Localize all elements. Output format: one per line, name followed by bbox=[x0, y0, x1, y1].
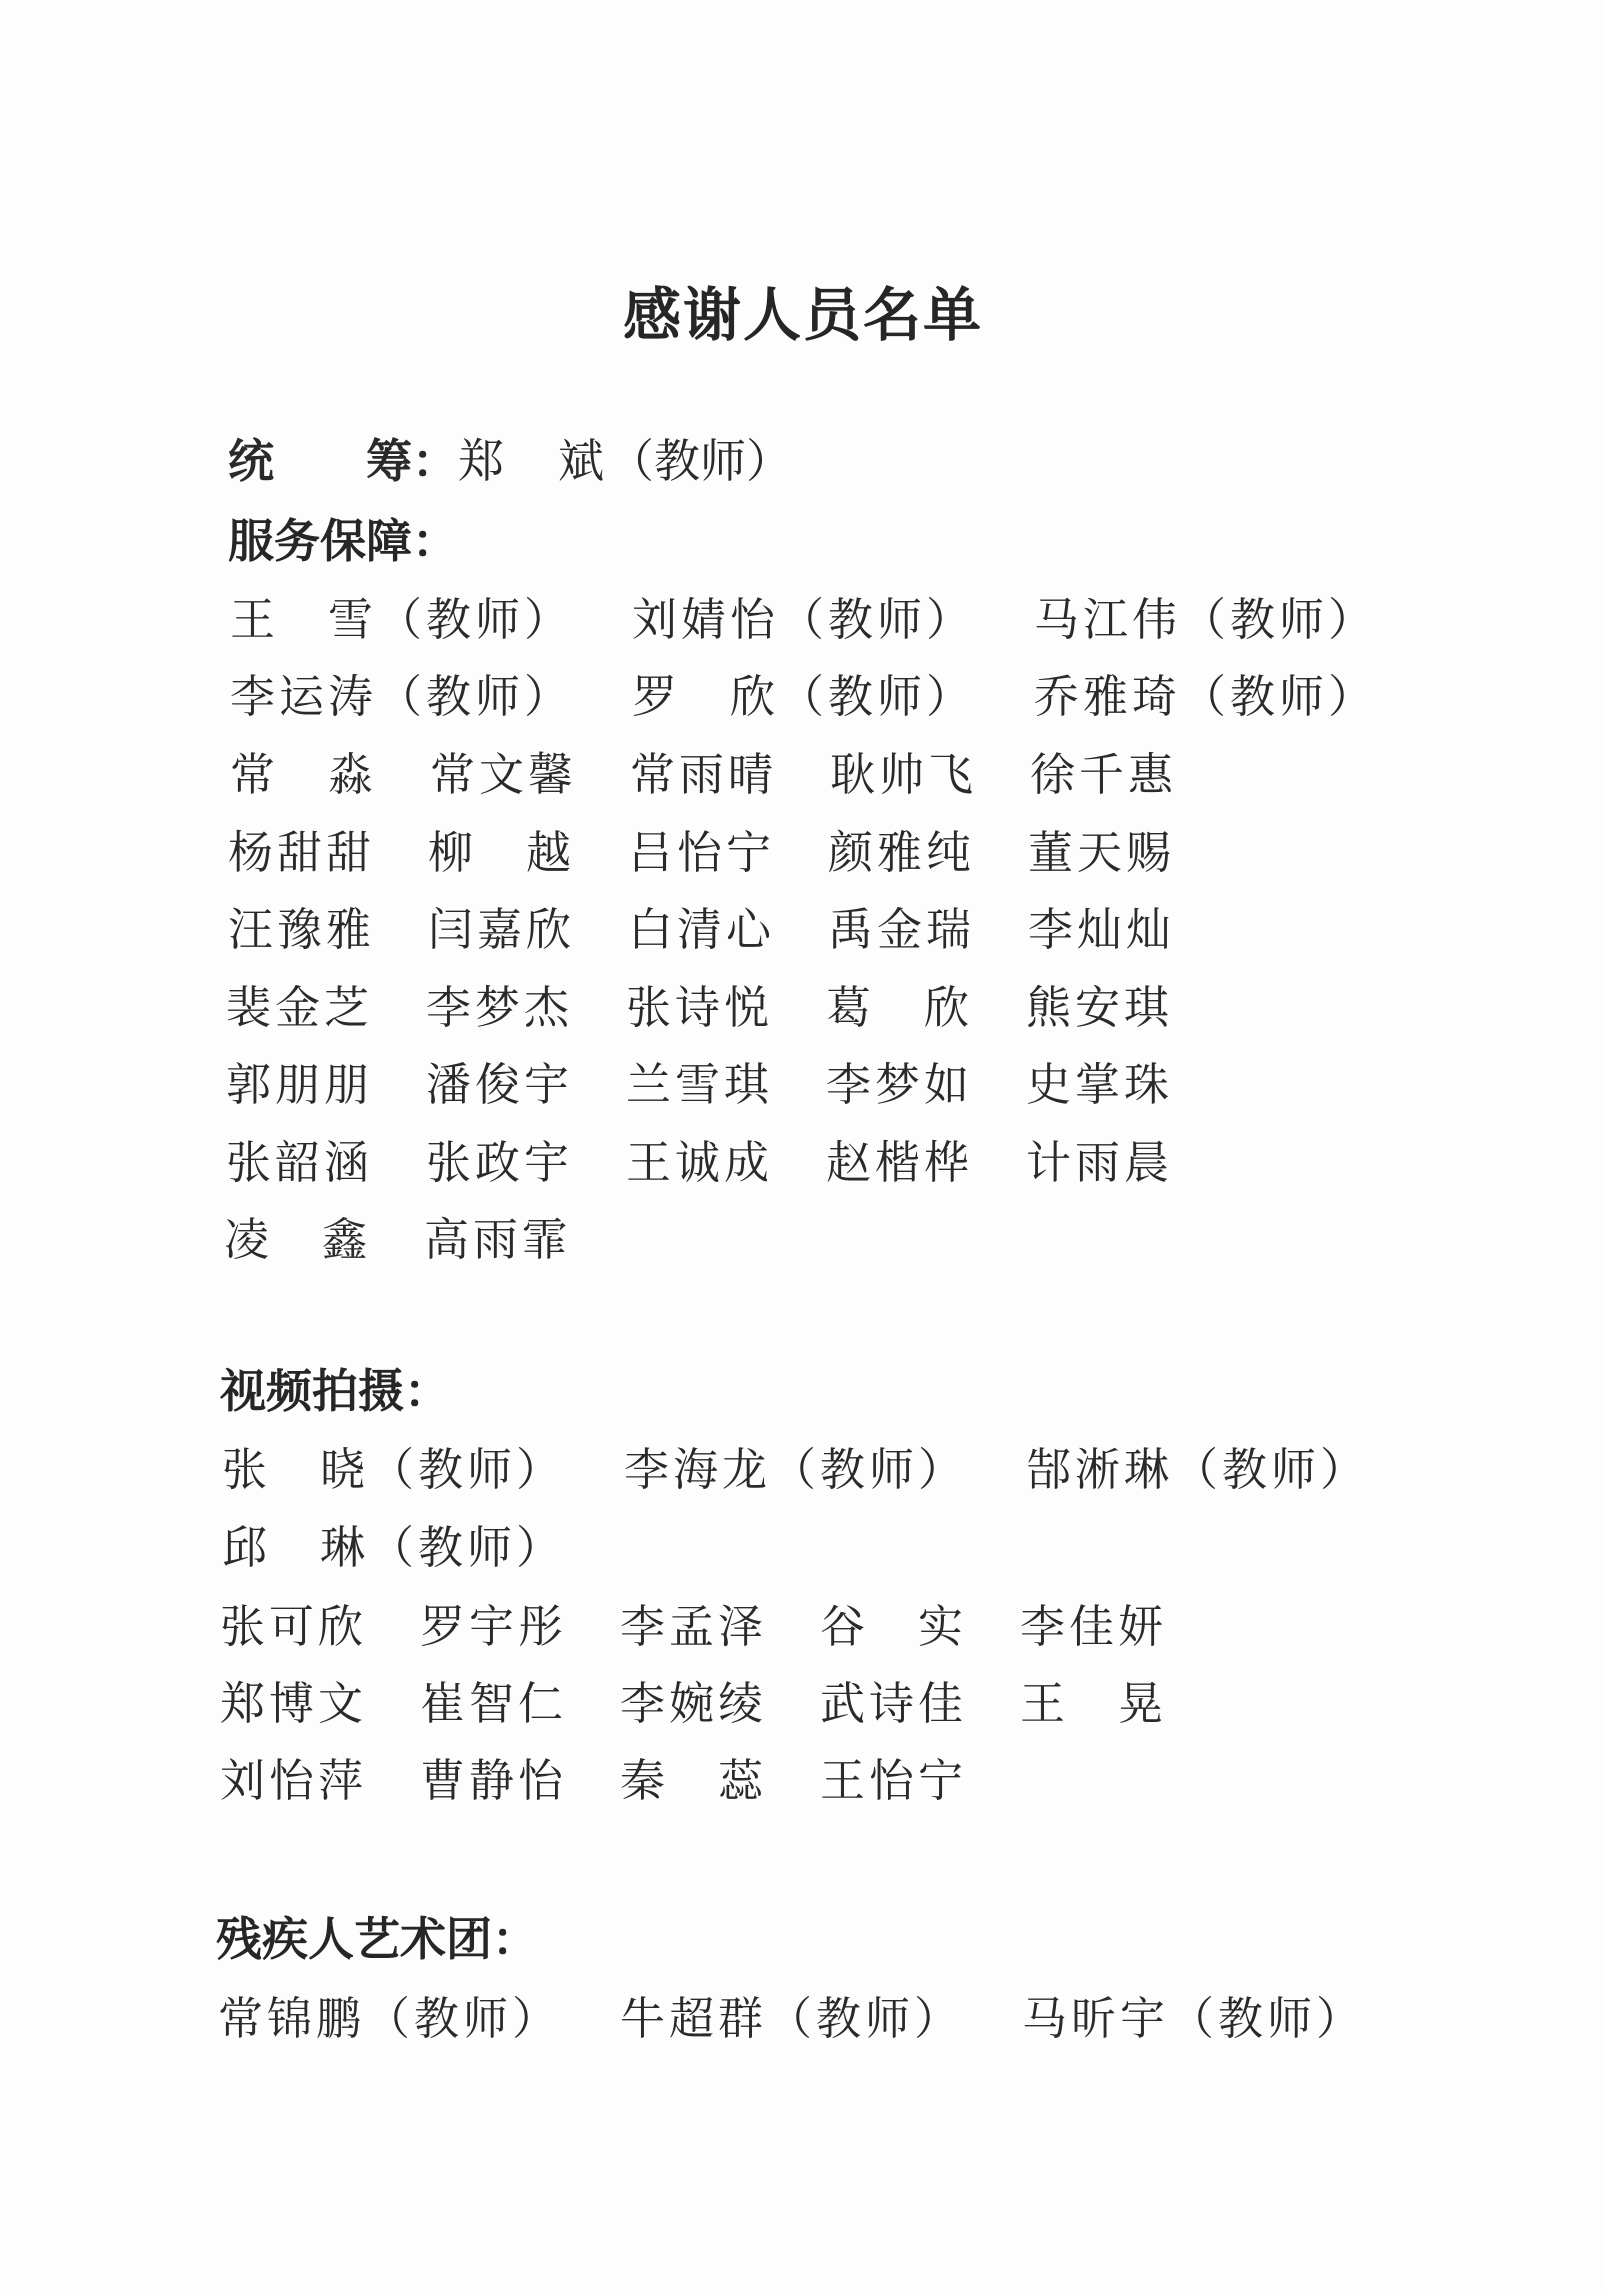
person-name: 李灿灿 bbox=[1028, 893, 1228, 958]
person-name: 李婉绫 bbox=[620, 1667, 820, 1732]
student-row: 郑博文 崔智仁 李婉绫 武诗佳 王 晃 bbox=[220, 1667, 1220, 1732]
person-name: 曹静怡 bbox=[420, 1744, 620, 1809]
person-name: 牛超群（教师） bbox=[620, 1982, 1022, 2047]
coordinator-line: 统 筹： 郑 斌 （教师） bbox=[228, 425, 792, 491]
person-name: 白清心 bbox=[628, 893, 828, 958]
person-name: 张诗悦 bbox=[626, 971, 826, 1036]
person-name: 张韶涵 bbox=[226, 1126, 426, 1191]
person-name: 葛 欣 bbox=[826, 971, 1026, 1036]
person-name: 凌 鑫 bbox=[224, 1203, 424, 1268]
person-name: 郑博文 bbox=[220, 1667, 420, 1732]
student-row: 凌 鑫 高雨霏 bbox=[224, 1203, 624, 1268]
person-name: 邱 琳（教师） bbox=[222, 1511, 624, 1576]
person-name: 乔雅琦（教师） bbox=[1034, 660, 1436, 725]
person-name: 李梦如 bbox=[826, 1048, 1026, 1113]
person-name: 颜雅纯 bbox=[828, 816, 1028, 881]
person-name: 计雨晨 bbox=[1026, 1126, 1226, 1191]
person-name: 马昕宇（教师） bbox=[1022, 1982, 1424, 2047]
person-name: 罗宇彤 bbox=[420, 1590, 620, 1655]
coordinator-name: 郑 斌 bbox=[458, 425, 608, 491]
person-name: 常锦鹏（教师） bbox=[218, 1982, 620, 2047]
person-name: 崔智仁 bbox=[420, 1667, 620, 1732]
teacher-row: 常锦鹏（教师） 牛超群（教师） 马昕宇（教师） bbox=[218, 1982, 1424, 2047]
person-name: 裴金芝 bbox=[226, 971, 426, 1036]
teacher-row: 王 雪（教师） 刘婧怡（教师） 马江伟（教师） bbox=[230, 583, 1436, 648]
person-name: 史掌珠 bbox=[1026, 1048, 1226, 1113]
person-name: 刘怡萍 bbox=[220, 1744, 420, 1809]
person-name: 常雨晴 bbox=[630, 738, 830, 803]
person-name: 兰雪琪 bbox=[626, 1048, 826, 1113]
person-name: 董天赐 bbox=[1028, 816, 1228, 881]
person-name: 王诚成 bbox=[626, 1126, 826, 1191]
person-name: 王怡宁 bbox=[820, 1744, 1020, 1809]
coordinator-label-2: 筹： bbox=[366, 425, 458, 491]
section-heading-art-troupe: 残疾人艺术团： bbox=[216, 1903, 538, 1969]
person-name: 高雨霏 bbox=[424, 1203, 624, 1268]
section-heading-video: 视频拍摄： bbox=[220, 1355, 450, 1421]
person-name: 潘俊宇 bbox=[426, 1048, 626, 1113]
person-name: 李海龙（教师） bbox=[624, 1433, 1026, 1498]
person-name: 常文馨 bbox=[430, 738, 630, 803]
person-name: 禹金瑞 bbox=[828, 893, 1028, 958]
person-name: 张可欣 bbox=[220, 1590, 420, 1655]
person-name: 赵楷桦 bbox=[826, 1126, 1026, 1191]
person-name: 张 晓（教师） bbox=[222, 1433, 624, 1498]
person-name: 吕怡宁 bbox=[628, 816, 828, 881]
person-name: 马江伟（教师） bbox=[1034, 583, 1436, 648]
person-name: 武诗佳 bbox=[820, 1667, 1020, 1732]
student-row: 裴金芝 李梦杰 张诗悦 葛 欣 熊安琪 bbox=[226, 971, 1226, 1036]
teacher-row: 邱 琳（教师） bbox=[222, 1511, 624, 1576]
person-name: 郭朋朋 bbox=[226, 1048, 426, 1113]
section-heading-service: 服务保障： bbox=[228, 505, 458, 571]
person-name: 李佳妍 bbox=[1020, 1590, 1220, 1655]
person-name: 李运涛（教师） bbox=[230, 660, 632, 725]
person-name: 刘婧怡（教师） bbox=[632, 583, 1034, 648]
student-row: 张可欣 罗宇彤 李孟泽 谷 实 李佳妍 bbox=[220, 1590, 1220, 1655]
person-name: 闫嘉欣 bbox=[428, 893, 628, 958]
person-name: 王 晃 bbox=[1020, 1667, 1220, 1732]
person-name: 柳 越 bbox=[428, 816, 628, 881]
person-name: 王 雪（教师） bbox=[230, 583, 632, 648]
person-name: 杨甜甜 bbox=[228, 816, 428, 881]
person-name: 秦 蕊 bbox=[620, 1744, 820, 1809]
teacher-row: 张 晓（教师） 李海龙（教师） 郜淅琳（教师） bbox=[222, 1433, 1428, 1498]
student-row: 刘怡萍 曹静怡 秦 蕊 王怡宁 bbox=[220, 1744, 1020, 1809]
person-name: 耿帅飞 bbox=[830, 738, 1030, 803]
student-row: 汪豫雅 闫嘉欣 白清心 禹金瑞 李灿灿 bbox=[228, 893, 1228, 958]
student-row: 常 淼 常文馨 常雨晴 耿帅飞 徐千惠 bbox=[230, 738, 1230, 803]
person-name: 张政宇 bbox=[426, 1126, 626, 1191]
person-name: 李孟泽 bbox=[620, 1590, 820, 1655]
person-name: 罗 欣（教师） bbox=[632, 660, 1034, 725]
page-title: 感谢人员名单 bbox=[0, 268, 1606, 352]
person-name: 常 淼 bbox=[230, 738, 430, 803]
person-name: 郜淅琳（教师） bbox=[1026, 1433, 1428, 1498]
person-name: 熊安琪 bbox=[1026, 971, 1226, 1036]
student-row: 郭朋朋 潘俊宇 兰雪琪 李梦如 史掌珠 bbox=[226, 1048, 1226, 1113]
person-name: 谷 实 bbox=[820, 1590, 1020, 1655]
teacher-row: 李运涛（教师） 罗 欣（教师） 乔雅琦（教师） bbox=[230, 660, 1436, 725]
student-row: 杨甜甜 柳 越 吕怡宁 颜雅纯 董天赐 bbox=[228, 816, 1228, 881]
coordinator-note: （教师） bbox=[608, 425, 792, 491]
person-name: 汪豫雅 bbox=[228, 893, 428, 958]
coordinator-label-1: 统 bbox=[228, 425, 274, 491]
person-name: 李梦杰 bbox=[426, 971, 626, 1036]
student-row: 张韶涵 张政宇 王诚成 赵楷桦 计雨晨 bbox=[226, 1126, 1226, 1191]
person-name: 徐千惠 bbox=[1030, 738, 1230, 803]
